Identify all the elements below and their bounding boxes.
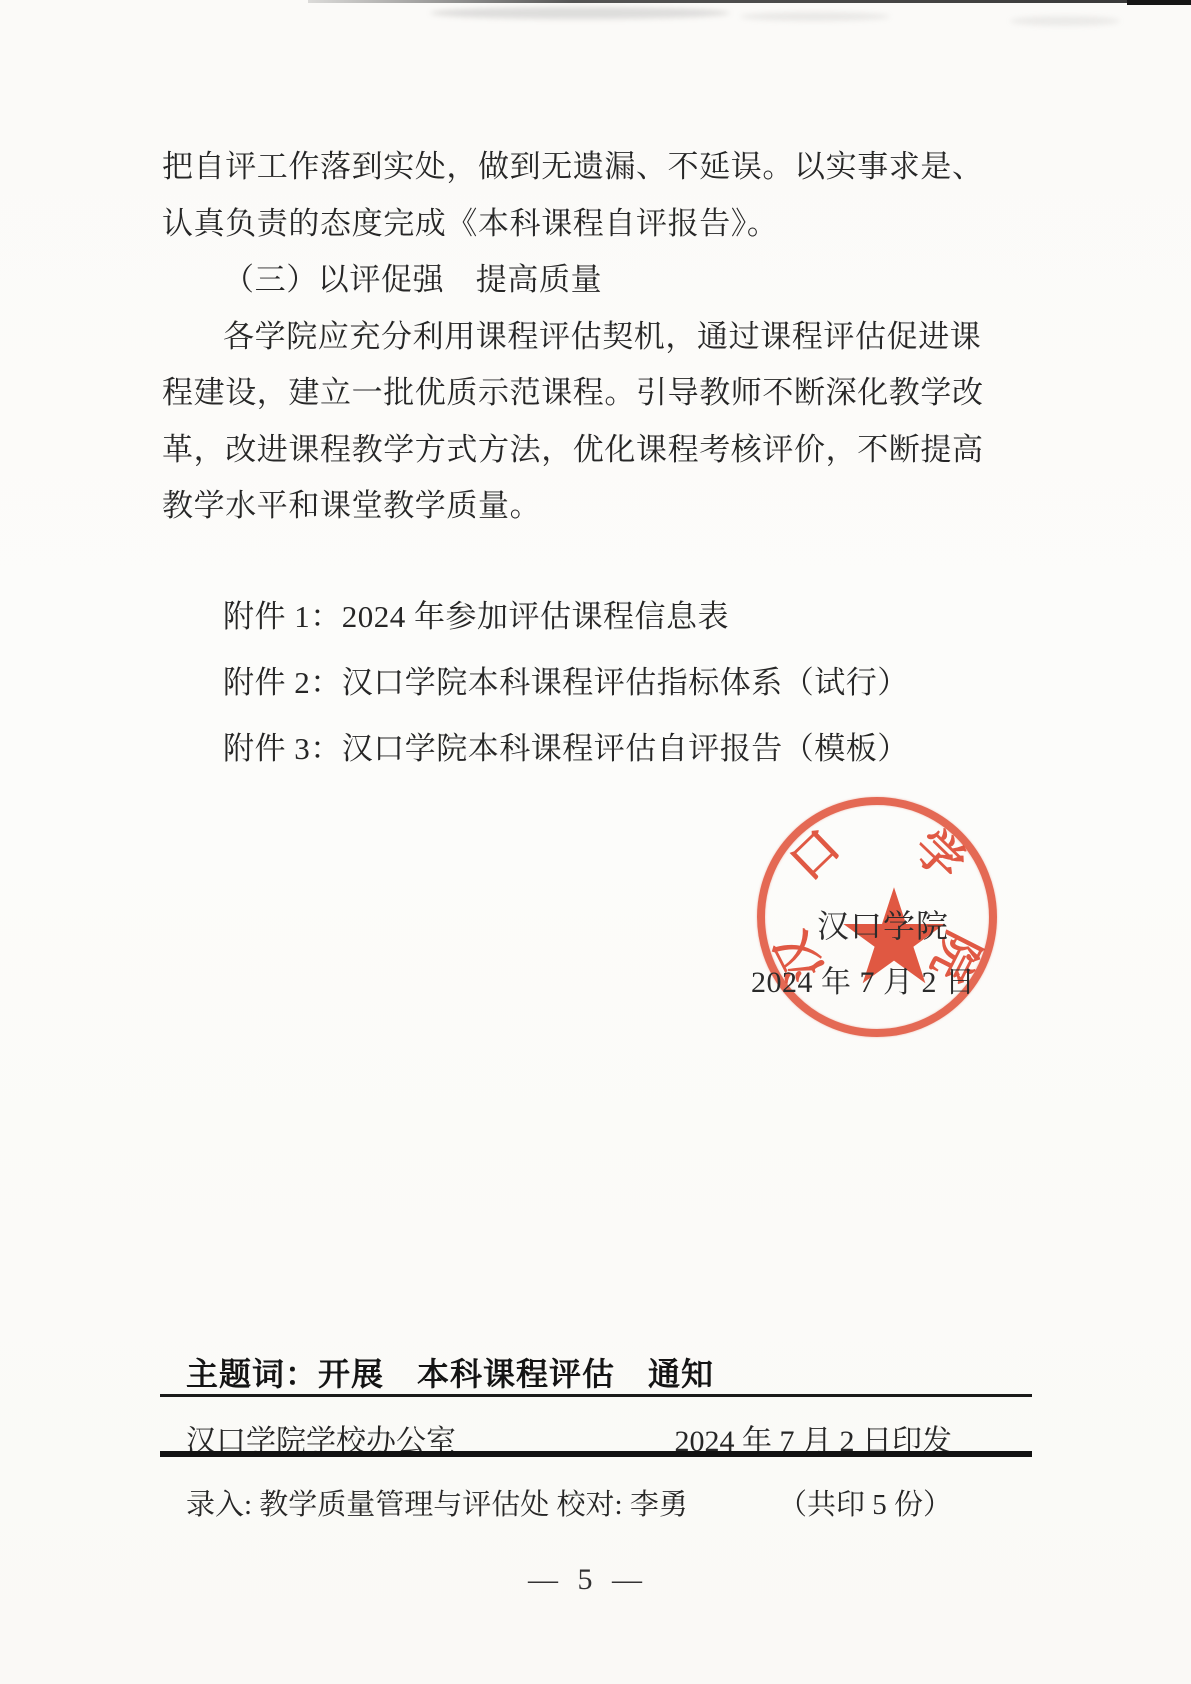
scan-smudge <box>430 7 730 19</box>
body-text: 把自评工作落到实处，做到无遗漏、不延误。以实事求是、 认真负责的态度完成《本科课… <box>162 139 988 535</box>
issuing-org-name: 汉口学院 <box>817 901 949 947</box>
attachment-item: 附件 2：汉口学院本科课程评估指标体系（试行） <box>162 650 988 716</box>
issue-date: 2024 年 7 月 2 日 <box>751 957 976 1001</box>
paragraph-line: 程建设，建立一批优质示范课程。引导教师不断深化教学改 <box>162 365 988 422</box>
paragraph-line: 认真负责的态度完成《本科课程自评报告》。 <box>162 196 988 253</box>
scan-smudge <box>1010 16 1120 26</box>
entry-proofread-info: 录入: 教学质量管理与评估处 校对: 李勇 <box>186 1482 688 1523</box>
document-page: 把自评工作落到实处，做到无遗漏、不延误。以实事求是、 认真负责的态度完成《本科课… <box>0 0 1191 1684</box>
scan-smudge <box>740 12 890 21</box>
copies-count: （共印 5 份） <box>778 1482 952 1523</box>
section-heading: （三）以评促强 提高质量 <box>162 252 988 309</box>
paragraph-line: 把自评工作落到实处，做到无遗漏、不延误。以实事求是、 <box>162 139 988 196</box>
subject-keywords: 主题词：开展 本科课程评估 通知 <box>186 1349 714 1395</box>
attachments-list: 附件 1：2024 年参加评估课程信息表 附件 2：汉口学院本科课程评估指标体系… <box>162 584 988 782</box>
attachment-item: 附件 1：2024 年参加评估课程信息表 <box>162 584 988 650</box>
paragraph-line: 教学水平和课堂教学质量。 <box>162 478 988 535</box>
footer-divider-thick <box>160 1451 1032 1457</box>
scan-artifact-corner <box>1127 0 1191 5</box>
attachment-item: 附件 3：汉口学院本科课程评估自评报告（模板） <box>162 716 988 782</box>
paragraph-line: 革，改进课程教学方式方法，优化课程考核评价，不断提高 <box>162 422 988 479</box>
paragraph-line: 各学院应充分利用课程评估契机，通过课程评估促进课 <box>162 309 988 366</box>
footer-divider-thin <box>160 1394 1032 1397</box>
scan-artifact-top-line <box>308 0 1191 3</box>
page-number: — 5 — <box>0 1563 1176 1597</box>
